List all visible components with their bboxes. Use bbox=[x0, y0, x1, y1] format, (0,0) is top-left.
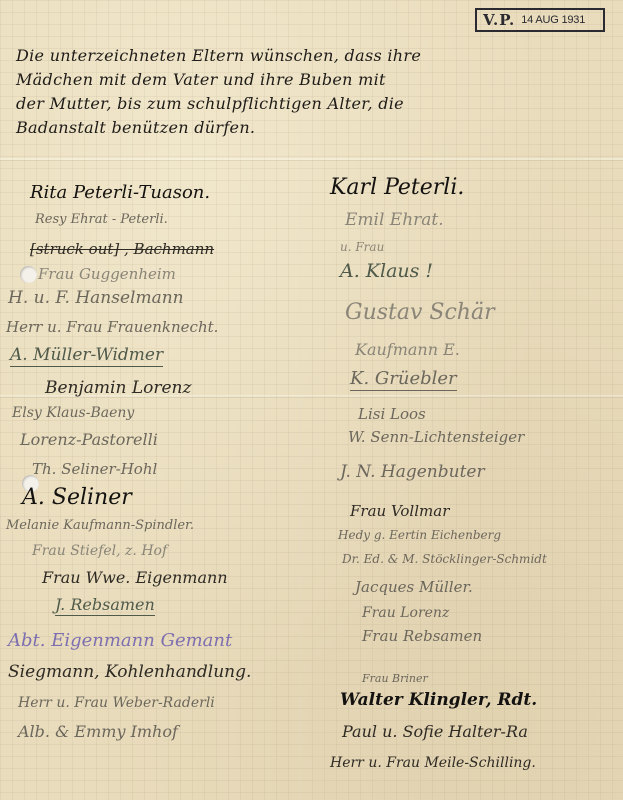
intro-line: Die unterzeichneten Eltern wünschen, das… bbox=[16, 44, 616, 68]
signature: Paul u. Sofie Halter-Ra bbox=[342, 722, 528, 741]
signature: Dr. Ed. & M. Stöcklinger-Schmidt bbox=[342, 552, 547, 566]
received-stamp: V.P. 14 AUG 1931 bbox=[475, 8, 605, 32]
signature: Benjamin Lorenz bbox=[45, 378, 191, 398]
signature: Lisi Loos bbox=[358, 405, 426, 423]
signature: Frau Vollmar bbox=[350, 502, 449, 520]
signature: W. Senn-Lichtensteiger bbox=[348, 428, 524, 446]
signature: Frau Rebsamen bbox=[362, 627, 482, 645]
signature: Frau Wwe. Eigenmann bbox=[42, 568, 228, 587]
signature: Rita Peterli-Tuason. bbox=[30, 182, 210, 203]
intro-line: Badanstalt benützen dürfen. bbox=[16, 116, 616, 140]
intro-line: Mädchen mit dem Vater und ihre Buben mit bbox=[16, 68, 616, 92]
signature: Karl Peterli. bbox=[330, 175, 464, 200]
signature: Th. Seliner-Hohl bbox=[32, 460, 157, 478]
signature: Resy Ehrat - Peterli. bbox=[35, 212, 168, 227]
signature: Emil Ehrat. bbox=[345, 210, 444, 230]
signature: Herr u. Frau Frauenknecht. bbox=[6, 318, 218, 336]
fold-line bbox=[0, 158, 623, 160]
signature: Hedy g. Eertin Eichenberg bbox=[338, 528, 501, 542]
signature: Jacques Müller. bbox=[355, 578, 473, 596]
signature: Kaufmann E. bbox=[355, 340, 460, 359]
signature: Herr u. Frau Weber-Raderli bbox=[18, 695, 215, 711]
stamp-mark: V.P. bbox=[483, 11, 515, 29]
signature: Melanie Kaufmann-Spindler. bbox=[6, 518, 194, 533]
stamp-date: 14 AUG 1931 bbox=[521, 14, 585, 26]
signature: K. Grüebler bbox=[350, 368, 457, 391]
signature: J. N. Hagenbuter bbox=[340, 462, 485, 482]
signature: Frau Briner bbox=[362, 672, 428, 685]
signature: Siegmann, Kohlenhandlung. bbox=[8, 662, 251, 682]
signature: Gustav Schär bbox=[345, 300, 495, 325]
signature: u. Frau bbox=[340, 240, 384, 254]
signature: A. Müller-Widmer bbox=[10, 345, 163, 367]
signature: Abt. Eigenmann Gemant bbox=[8, 630, 232, 651]
signature: Alb. & Emmy Imhof bbox=[18, 722, 178, 741]
signature: A. Klaus ! bbox=[340, 260, 433, 282]
intro-paragraph: Die unterzeichneten Eltern wünschen, das… bbox=[16, 44, 616, 140]
signature: Herr u. Frau Meile-Schilling. bbox=[330, 755, 536, 771]
punch-hole bbox=[20, 266, 37, 283]
signature: H. u. F. Hanselmann bbox=[8, 288, 184, 308]
signature: A. Seliner bbox=[22, 485, 132, 510]
signature: [struck out] , Bachmann bbox=[30, 240, 214, 258]
intro-line: der Mutter, bis zum schulpflichtigen Alt… bbox=[16, 92, 616, 116]
signature: Frau Stiefel, z. Hof bbox=[32, 543, 167, 559]
signature: Frau Lorenz bbox=[362, 605, 449, 621]
signature: Walter Klingler, Rdt. bbox=[340, 690, 537, 710]
signature: J. Rebsamen bbox=[55, 595, 155, 616]
signature: Elsy Klaus-Baeny bbox=[12, 405, 134, 421]
signature: Frau Guggenheim bbox=[38, 265, 176, 283]
signature: Lorenz-Pastorelli bbox=[20, 430, 158, 449]
